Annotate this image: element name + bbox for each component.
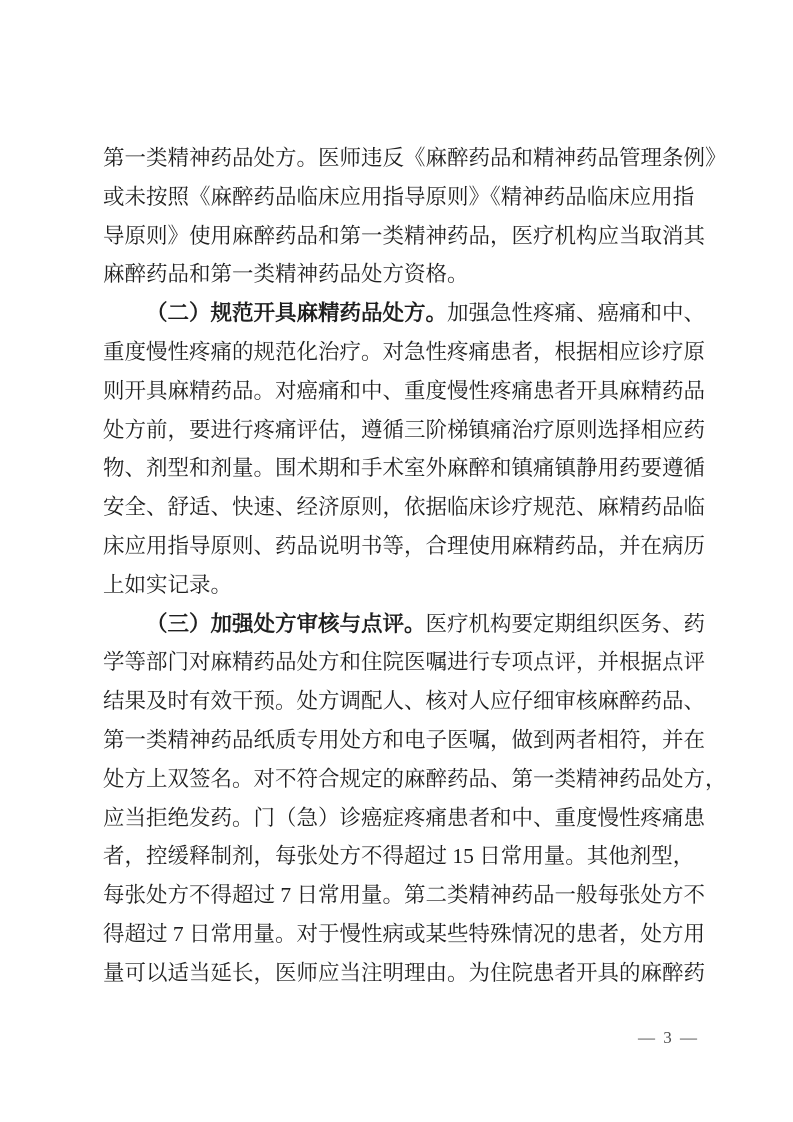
text-line: 者，控缓释制剂，每张处方不得超过 15 日常用量。其他剂型， — [103, 837, 709, 876]
text-line: 上如实记录。 — [103, 566, 709, 605]
body-text: 学等部门对麻精药品处方和住院医嘱进行专项点评，并根据点评 — [103, 650, 705, 674]
text-line: 床应用指导原则、药品说明书等，合理使用麻精药品，并在病历 — [103, 527, 709, 566]
text-line: 每张处方不得超过 7 日常用量。第二类精神药品一般每张处方不 — [103, 876, 709, 915]
body-text: 处方前，要进行疼痛评估，遵循三阶梯镇痛治疗原则选择相应药 — [103, 418, 705, 442]
body-text: 则开具麻精药品。对癌痛和中、重度慢性疼痛患者开具麻精药品 — [103, 379, 705, 403]
text-line: 第一类精神药品纸质专用处方和电子医嘱，做到两者相符，并在 — [103, 721, 709, 760]
body-text: 床应用指导原则、药品说明书等，合理使用麻精药品，并在病历 — [103, 534, 705, 558]
body-text: 处方上双签名。对不符合规定的麻醉药品、第一类精神药品处方， — [103, 767, 727, 791]
text-line: 学等部门对麻精药品处方和住院医嘱进行专项点评，并根据点评 — [103, 643, 709, 682]
text-line: 得超过 7 日常用量。对于慢性病或某些特殊情况的患者，处方用 — [103, 915, 709, 954]
text-line: 安全、舒适、快速、经济原则，依据临床诊疗规范、麻精药品临 — [103, 488, 709, 527]
document-page: 第一类精神药品处方。医师违反《麻醉药品和精神药品管理条例》 或未按照《麻醉药品临… — [0, 0, 793, 1122]
text-line: 麻醉药品和第一类精神药品处方资格。 — [103, 255, 709, 294]
body-text: 应当拒绝发药。门（急）诊癌症疼痛患者和中、重度慢性疼痛患 — [103, 806, 705, 830]
body-text: 每张处方不得超过 7 日常用量。第二类精神药品一般每张处方不 — [103, 883, 705, 907]
section-heading: （三）加强处方审核与点评。 — [146, 612, 426, 636]
body-text: 安全、舒适、快速、经济原则，依据临床诊疗规范、麻精药品临 — [103, 495, 705, 519]
text-line: 第一类精神药品处方。医师违反《麻醉药品和精神药品管理条例》 — [103, 139, 709, 178]
body-text: 结果及时有效干预。处方调配人、核对人应仔细审核麻醉药品、 — [103, 689, 705, 713]
body-text: 或未按照《麻醉药品临床应用指导原则》《精神药品临床应用指 — [103, 185, 694, 209]
text-line: 或未按照《麻醉药品临床应用指导原则》《精神药品临床应用指 — [103, 178, 709, 217]
document-body: 第一类精神药品处方。医师违反《麻醉药品和精神药品管理条例》 或未按照《麻醉药品临… — [103, 139, 709, 993]
text-line: 量可以适当延长，医师应当注明理由。为住院患者开具的麻醉药 — [103, 954, 709, 993]
text-line: 处方前，要进行疼痛评估，遵循三阶梯镇痛治疗原则选择相应药 — [103, 411, 709, 450]
body-text: 量可以适当延长，医师应当注明理由。为住院患者开具的麻醉药 — [103, 961, 705, 985]
text-line: 则开具麻精药品。对癌痛和中、重度慢性疼痛患者开具麻精药品 — [103, 372, 709, 411]
text-line: （三）加强处方审核与点评。医疗机构要定期组织医务、药 — [103, 605, 709, 644]
body-text: 得超过 7 日常用量。对于慢性病或某些特殊情况的患者，处方用 — [103, 922, 705, 946]
text-line: 结果及时有效干预。处方调配人、核对人应仔细审核麻醉药品、 — [103, 682, 709, 721]
body-text: 者，控缓释制剂，每张处方不得超过 15 日常用量。其他剂型， — [103, 844, 694, 868]
body-text: 物、剂型和剂量。围术期和手术室外麻醉和镇痛镇静用药要遵循 — [103, 456, 705, 480]
text-line: 物、剂型和剂量。围术期和手术室外麻醉和镇痛镇静用药要遵循 — [103, 449, 709, 488]
text-line: （二）规范开具麻精药品处方。加强急性疼痛、癌痛和中、 — [103, 294, 709, 333]
section-heading: （二）规范开具麻精药品处方。 — [146, 301, 447, 325]
page-number: — 3 — — [638, 1026, 699, 1050]
body-text: 上如实记录。 — [103, 573, 232, 597]
text-line: 处方上双签名。对不符合规定的麻醉药品、第一类精神药品处方， — [103, 760, 709, 799]
body-text: 第一类精神药品处方。医师违反《麻醉药品和精神药品管理条例》 — [103, 146, 727, 170]
text-line: 应当拒绝发药。门（急）诊癌症疼痛患者和中、重度慢性疼痛患 — [103, 799, 709, 838]
body-text: 麻醉药品和第一类精神药品处方资格。 — [103, 262, 469, 286]
text-line: 重度慢性疼痛的规范化治疗。对急性疼痛患者，根据相应诊疗原 — [103, 333, 709, 372]
body-text: 第一类精神药品纸质专用处方和电子医嘱，做到两者相符，并在 — [103, 728, 705, 752]
body-text: 导原则》使用麻醉药品和第一类精神药品，医疗机构应当取消其 — [103, 224, 705, 248]
text-line: 导原则》使用麻醉药品和第一类精神药品，医疗机构应当取消其 — [103, 217, 709, 256]
body-text: 医疗机构要定期组织医务、药 — [426, 612, 706, 636]
body-text: 重度慢性疼痛的规范化治疗。对急性疼痛患者，根据相应诊疗原 — [103, 340, 705, 364]
body-text: 加强急性疼痛、癌痛和中、 — [447, 301, 705, 325]
